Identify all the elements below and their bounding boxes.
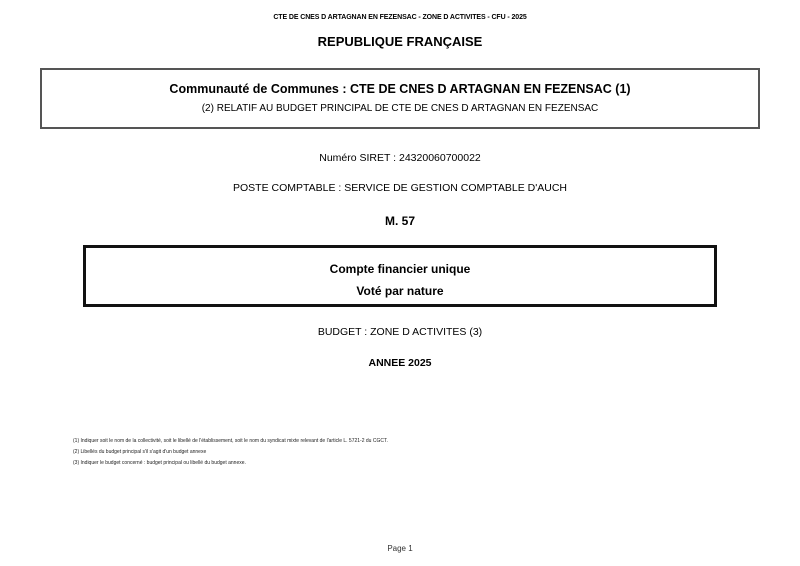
document-type-subtitle: Voté par nature	[86, 284, 714, 298]
year-label: ANNEE 2025	[0, 357, 800, 369]
page-number: Page 1	[0, 544, 800, 553]
footnote: (3) Indiquer le budget concerné : budget…	[73, 458, 388, 469]
budget-label: BUDGET : ZONE D ACTIVITES (3)	[0, 326, 800, 338]
entity-title: Communauté de Communes : CTE DE CNES D A…	[42, 82, 758, 96]
footnote: (1) Indiquer soit le nom de la collectiv…	[73, 436, 388, 447]
entity-box: Communauté de Communes : CTE DE CNES D A…	[40, 68, 760, 129]
footnote: (2) Libellés du budget principal s'il s'…	[73, 447, 388, 458]
country-title: REPUBLIQUE FRANÇAISE	[0, 34, 800, 49]
document-type-box: Compte financier unique Voté par nature	[83, 245, 717, 307]
running-header: CTE DE CNES D ARTAGNAN EN FEZENSAC - ZON…	[0, 14, 800, 21]
siret-number: Numéro SIRET : 24320060700022	[0, 152, 800, 164]
entity-subtitle: (2) RELATIF AU BUDGET PRINCIPAL DE CTE D…	[42, 103, 758, 114]
norme-label: M. 57	[0, 214, 800, 228]
poste-comptable: POSTE COMPTABLE : SERVICE DE GESTION COM…	[0, 182, 800, 194]
footnotes: (1) Indiquer soit le nom de la collectiv…	[73, 436, 388, 469]
document-type-title: Compte financier unique	[86, 262, 714, 276]
